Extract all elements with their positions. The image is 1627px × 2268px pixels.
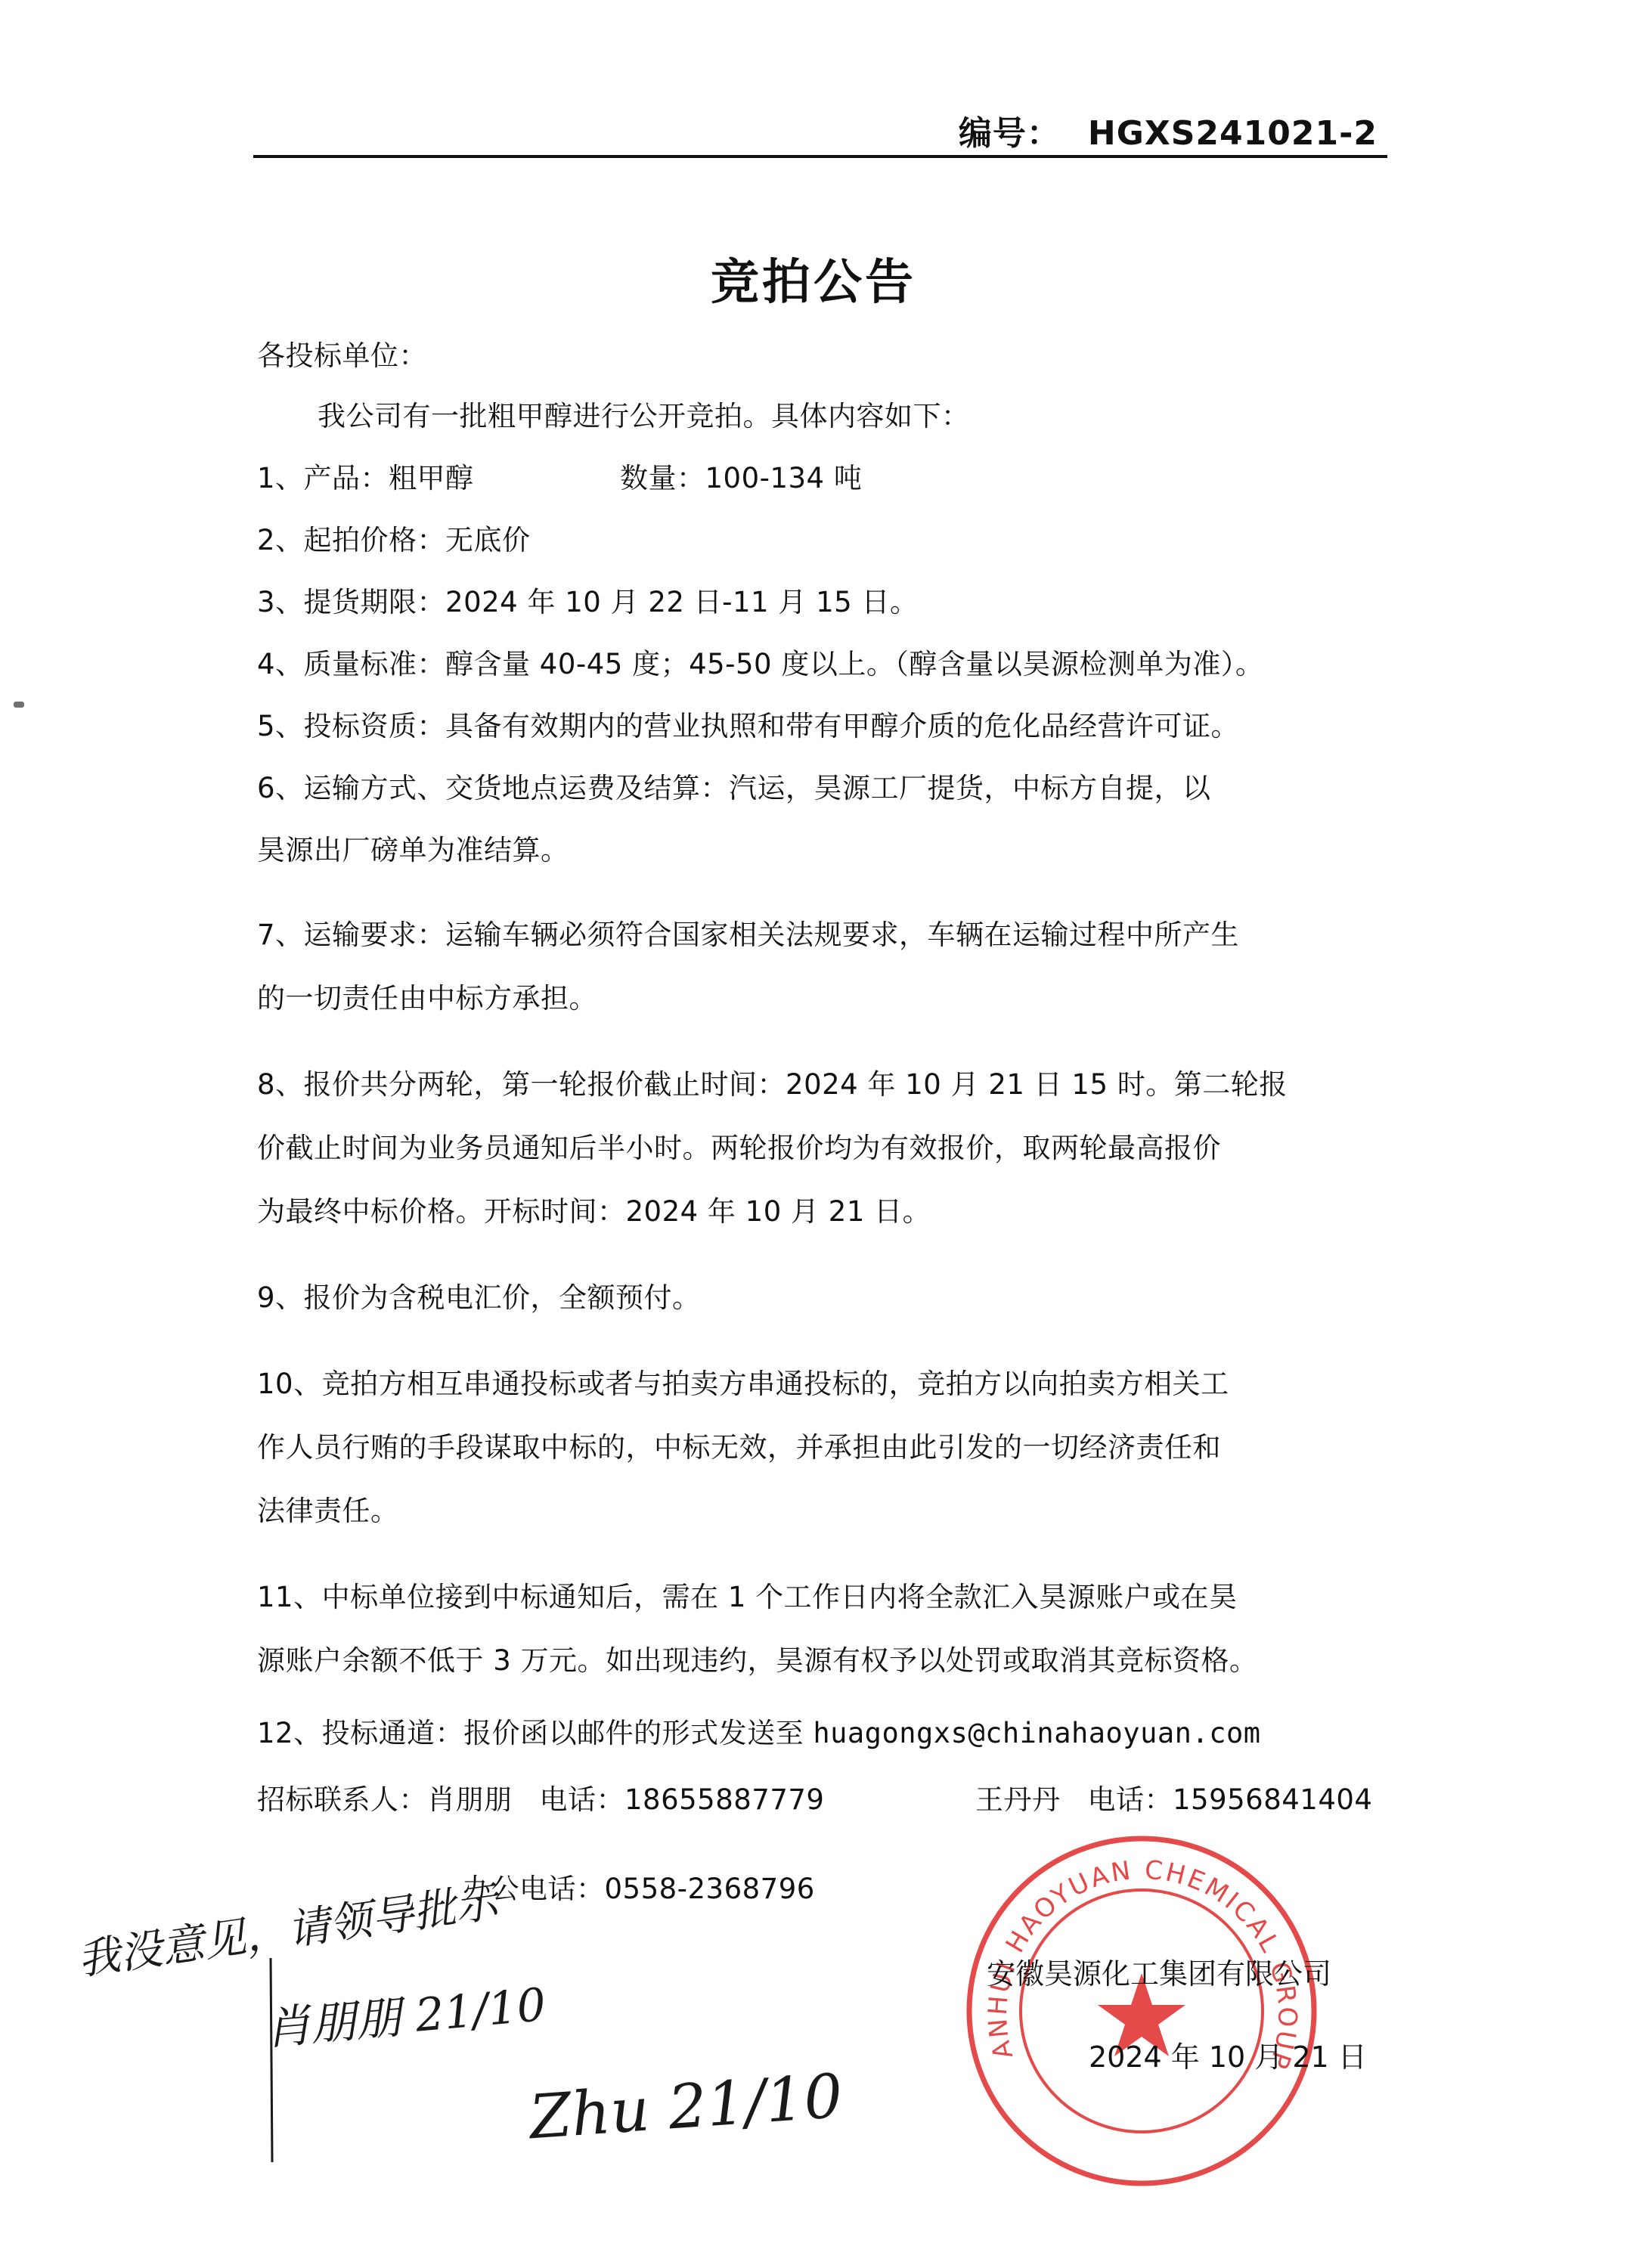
item-8-line-2: 价截止时间为业务员通知后半小时。两轮报价均为有效报价，取两轮最高报价 (257, 1125, 1221, 1166)
signature-stroke (257, 1958, 287, 2162)
item-8-line-1: 8、报价共分两轮，第一轮报价截止时间：2024 年 10 月 21 日 15 时… (257, 1061, 1288, 1102)
page-title: 竞拍公告 (0, 243, 1627, 313)
item-6-line-1: 6、运输方式、交货地点运费及结算：汽运，昊源工厂提货，中标方自提，以 (257, 765, 1211, 806)
contact-2-phone-label: 电话： (1088, 1783, 1173, 1816)
item-2: 2、起拍价格：无底价 (257, 517, 531, 558)
contacts-row: 招标联系人：肖朋朋电话：18655887779 (257, 1777, 824, 1817)
scan-smudge (14, 702, 24, 708)
contact-1-phone-label: 电话： (540, 1783, 625, 1816)
item-6-line-2: 昊源出厂磅单为准结算。 (257, 827, 569, 868)
company-name: 安徽昊源化工集团有限公司 (987, 1950, 1331, 1992)
contact-1-name: 肖朋朋 (427, 1783, 513, 1816)
item-11-line-2: 源账户余额不低于 3 万元。如出现违约，昊源有权予以处罚或取消其竞标资格。 (257, 1637, 1258, 1678)
intro-paragraph: 我公司有一批粗甲醇进行公开竞拍。具体内容如下： (318, 393, 970, 434)
bid-email-link[interactable]: huagongxs@chinahaoyuan.com (813, 1717, 1260, 1749)
document-number: 编号：HGXS241021-2 (959, 106, 1378, 154)
document-number-value: HGXS241021-2 (1088, 114, 1378, 153)
item-5: 5、投标资质：具备有效期内的营业执照和带有甲醇介质的危化品经营许可证。 (257, 703, 1239, 744)
office-phone: 办公电话：0558-2368796 (463, 1866, 815, 1907)
item-11-line-1: 11、中标单位接到中标通知后，需在 1 个工作日内将全款汇入昊源账户或在昊 (257, 1574, 1238, 1615)
contact-2-phone: 15956841404 (1173, 1783, 1372, 1816)
item-12-text: 12、投标通道：报价函以邮件的形式发送至 (257, 1717, 813, 1749)
contacts-label: 招标联系人： (257, 1783, 427, 1816)
item-10-line-2: 作人员行贿的手段谋取中标的，中标无效，并承担由此引发的一切经济责任和 (257, 1424, 1221, 1465)
header-rule (253, 155, 1387, 158)
company-seal: ANHUI HAOYUAN CHEMICAL GROUP CO., LTD. (960, 1830, 1323, 2192)
handwritten-signature-1: 肖朋朋 21/10 (262, 1969, 548, 2058)
item-4: 4、质量标准：醇含量 40-45 度；45-50 度以上。（醇含量以昊源检测单为… (257, 641, 1263, 682)
office-phone-value: 0558-2368796 (605, 1873, 815, 1905)
item-10-line-3: 法律责任。 (257, 1488, 399, 1529)
item-1-quantity: 数量：100-134 吨 (620, 455, 862, 496)
contact-2: 王丹丹电话：15956841404 (975, 1777, 1372, 1817)
item-10-line-1: 10、竞拍方相互串通投标或者与拍卖方串通投标的，竞拍方以向拍卖方相关工 (257, 1361, 1229, 1402)
item-7-line-1: 7、运输要求：运输车辆必须符合国家相关法规要求，车辆在运输过程中所产生 (257, 912, 1239, 953)
contact-1-phone: 18655887779 (624, 1783, 824, 1816)
item-8-line-3: 为最终中标价格。开标时间：2024 年 10 月 21 日。 (257, 1188, 931, 1229)
item-9: 9、报价为含税电汇价，全额预付。 (257, 1275, 701, 1315)
sign-date: 2024 年 10 月 21 日 (1089, 2034, 1367, 2075)
salutation: 各投标单位： (257, 333, 427, 373)
contact-2-name: 王丹丹 (975, 1783, 1061, 1816)
handwritten-signature-2: Zhu 21/10 (527, 2061, 844, 2153)
handwritten-note: 我没意见，请领导批示 (73, 1868, 501, 1987)
item-12: 12、投标通道：报价函以邮件的形式发送至 huagongxs@chinahaoy… (257, 1710, 1261, 1751)
item-7-line-2: 的一切责任由中标方承担。 (257, 975, 597, 1016)
document-number-label: 编号： (959, 114, 1061, 153)
item-1-product: 1、产品：粗甲醇 (257, 455, 474, 496)
item-3: 3、提货期限：2024 年 10 月 22 日-11 月 15 日。 (257, 579, 918, 620)
